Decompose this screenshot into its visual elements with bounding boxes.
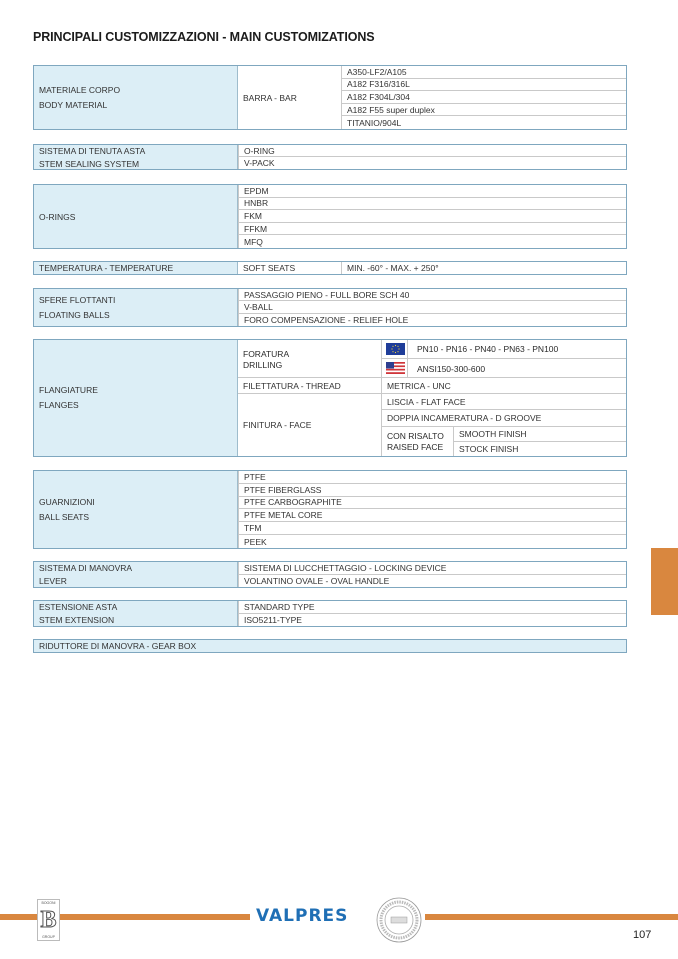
temperature-label: TEMPERATURA - TEMPERATURE: [34, 262, 238, 274]
body-material-table: MATERIALE CORPO BODY MATERIAL BARRA - BA…: [33, 65, 627, 130]
label-en: STEM SEALING SYSTEM: [39, 159, 139, 169]
label-en: STEM EXTENSION: [39, 615, 114, 625]
gear-box-label: RIDUTTORE DI MANOVRA - GEAR BOX: [39, 641, 196, 651]
temperature-value: MIN. -60° - MAX. + 250°: [341, 262, 626, 274]
option-row: PTFE: [238, 471, 626, 484]
section-tab: [651, 548, 678, 615]
label-it: SISTEMA DI MANOVRA: [39, 563, 132, 573]
option-row: A182 F304L/304: [341, 91, 626, 104]
bogoni-group-logo: BOGONI B GROUP: [37, 899, 60, 941]
soft-seats-cell: SOFT SEATS: [238, 262, 341, 274]
thread-label: FILETTATURA - THREAD: [238, 378, 381, 394]
lever-label: SISTEMA DI MANOVRA LEVER: [34, 562, 238, 587]
floating-balls-label: SFERE FLOTTANTI FLOATING BALLS: [34, 289, 238, 326]
stem-extension-table: ESTENSIONE ASTA STEM EXTENSION STANDARD …: [33, 600, 627, 627]
option-row: A182 F316/316L: [341, 79, 626, 92]
option-row: VOLANTINO OVALE - OVAL HANDLE: [238, 575, 626, 588]
option-row: FKM: [238, 210, 626, 223]
raised-finish-option: STOCK FINISH: [453, 442, 626, 456]
label-en: FLOATING BALLS: [39, 310, 110, 320]
option-row: O-RING: [238, 145, 626, 157]
label-en: BALL SEATS: [39, 512, 89, 522]
label-it: ESTENSIONE ASTA: [39, 602, 117, 612]
option-row: FORO COMPENSAZIONE - RELIEF HOLE: [238, 314, 626, 326]
page-number: 107: [633, 929, 651, 941]
option-row: EPDM: [238, 185, 626, 198]
stem-extension-label: ESTENSIONE ASTA STEM EXTENSION: [34, 601, 238, 626]
option-row: TFM: [238, 522, 626, 535]
temperature-table: TEMPERATURA - TEMPERATURE SOFT SEATS MIN…: [33, 261, 627, 275]
floating-balls-table: SFERE FLOTTANTI FLOATING BALLS PASSAGGIO…: [33, 288, 627, 327]
raised-label-en: RAISED FACE: [387, 442, 443, 452]
page-title: PRINCIPALI CUSTOMIZZAZIONI - MAIN CUSTOM…: [33, 30, 374, 44]
flanges-label: FLANGIATURE FLANGES: [34, 340, 238, 456]
option-row: SISTEMA DI LUCCHETTAGGIO - LOCKING DEVIC…: [238, 562, 626, 575]
ball-seats-label: GUARNIZIONI BALL SEATS: [34, 471, 238, 548]
drilling-label-en: DRILLING: [243, 360, 282, 370]
certification-seal-icon: [375, 896, 423, 944]
face-option: LISCIA - FLAT FACE: [381, 394, 626, 410]
valpres-logo: VALPRES: [256, 906, 348, 926]
footer-bar-right: [425, 914, 678, 920]
gear-box-table: RIDUTTORE DI MANOVRA - GEAR BOX: [33, 639, 627, 653]
label-it: SFERE FLOTTANTI: [39, 295, 115, 305]
option-row: HNBR: [238, 198, 626, 211]
eu-flag-icon: [386, 343, 405, 355]
option-row: V-BALL: [238, 301, 626, 313]
drilling-row-us: ANSI150-300-600: [381, 359, 626, 378]
option-row: A182 F55 super duplex: [341, 104, 626, 117]
label-en: BODY MATERIAL: [39, 100, 107, 110]
logo-top-text: BOGONI: [38, 901, 59, 905]
label-en: FLANGES: [39, 400, 79, 410]
option-row: MFQ: [238, 235, 626, 248]
ball-seats-table: GUARNIZIONI BALL SEATS PTFEPTFE FIBERGLA…: [33, 470, 627, 549]
label-it: MATERIALE CORPO: [39, 85, 120, 95]
drilling-row-eu: PN10 - PN16 - PN40 - PN63 - PN100: [381, 340, 626, 359]
option-row: PTFE FIBERGLASS: [238, 484, 626, 497]
label-it: SISTEMA DI TENUTA ASTA: [39, 146, 145, 156]
label-it: GUARNIZIONI: [39, 497, 95, 507]
thread-value: METRICA - UNC: [381, 378, 626, 394]
drilling-label-it: FORATURA: [243, 349, 289, 359]
body-material-label: MATERIALE CORPO BODY MATERIAL: [34, 66, 238, 129]
raised-label-it: CON RISALTO: [387, 431, 444, 441]
option-row: STANDARD TYPE: [238, 601, 626, 614]
us-flag-icon: [386, 362, 405, 374]
logo-bottom-text: GROUP: [38, 935, 59, 939]
stem-sealing-table: SISTEMA DI TENUTA ASTA STEM SEALING SYST…: [33, 144, 627, 170]
label-en: LEVER: [39, 576, 67, 586]
option-row: PASSAGGIO PIENO - FULL BORE SCH 40: [238, 289, 626, 301]
label-it: FLANGIATURE: [39, 385, 98, 395]
bar-cell: BARRA - BAR: [238, 66, 341, 129]
option-row: FFKM: [238, 223, 626, 236]
option-row: ISO5211-TYPE: [238, 614, 626, 627]
raised-finish-option: SMOOTH FINISH: [453, 427, 626, 442]
o-rings-table: O-RINGS EPDMHNBRFKMFFKMMFQ: [33, 184, 627, 249]
stem-sealing-label: SISTEMA DI TENUTA ASTA STEM SEALING SYST…: [34, 145, 238, 169]
label: O-RINGS: [39, 212, 75, 222]
raised-face-cell: CON RISALTO RAISED FACE: [381, 427, 453, 456]
option-row: PEEK: [238, 535, 626, 548]
drilling-ansi-value: ANSI150-300-600: [417, 364, 485, 374]
option-row: V-PACK: [238, 157, 626, 169]
option-row: TITANIO/904L: [341, 116, 626, 129]
face-label: FINITURA - FACE: [238, 394, 381, 456]
logo-letter: B: [38, 906, 59, 934]
option-row: A350-LF2/A105: [341, 66, 626, 79]
drilling-cell: FORATURA DRILLING: [238, 340, 381, 378]
option-row: PTFE METAL CORE: [238, 509, 626, 522]
o-rings-label: O-RINGS: [34, 185, 238, 248]
label: TEMPERATURA - TEMPERATURE: [39, 263, 173, 273]
face-option: DOPPIA INCAMERATURA - D GROOVE: [381, 410, 626, 427]
option-row: PTFE CARBOGRAPHITE: [238, 497, 626, 510]
lever-table: SISTEMA DI MANOVRA LEVER SISTEMA DI LUCC…: [33, 561, 627, 588]
drilling-pn-value: PN10 - PN16 - PN40 - PN63 - PN100: [417, 344, 558, 354]
flanges-table: FLANGIATURE FLANGES FORATURA DRILLING PN…: [33, 339, 627, 457]
